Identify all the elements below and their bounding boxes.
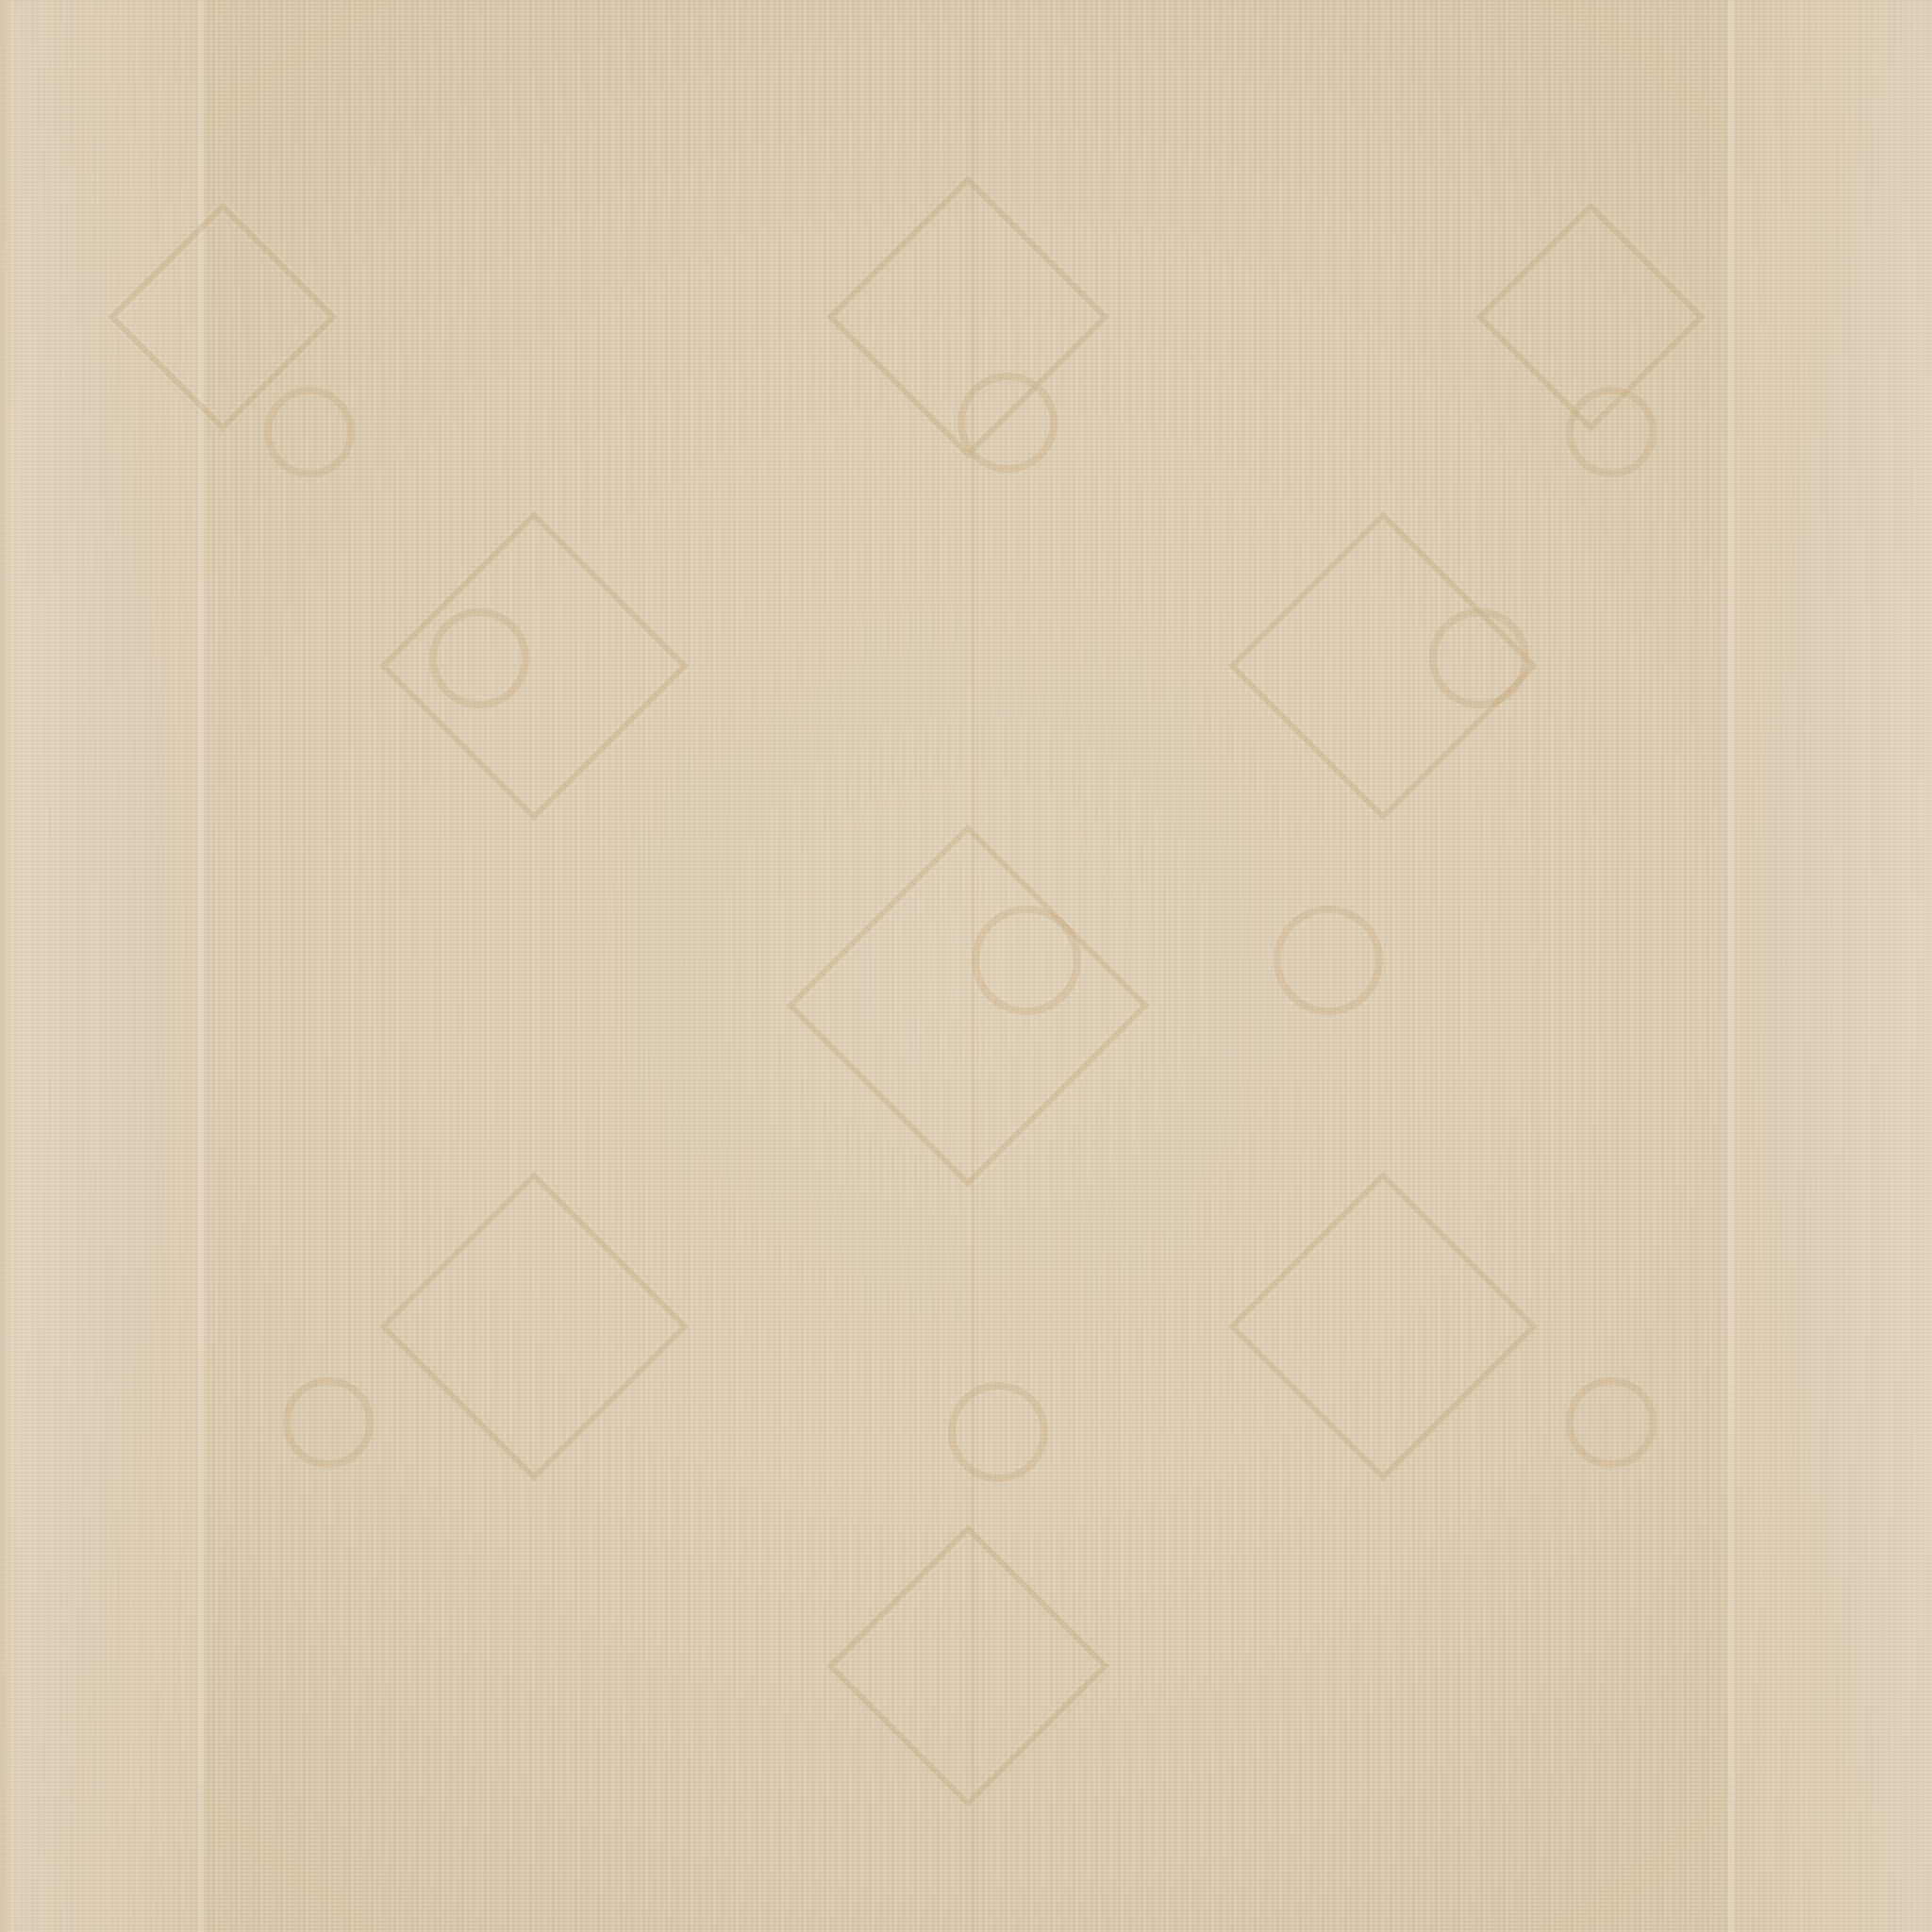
medallion-motif — [429, 608, 529, 708]
diamond-motif — [787, 824, 1150, 1188]
medallion-motif — [1566, 387, 1657, 477]
right-border — [1734, 0, 1932, 1932]
rug-photo — [0, 0, 1932, 1932]
diamond-motif — [1228, 1172, 1538, 1481]
medallion-motif — [1429, 608, 1529, 708]
medallion-motif — [1274, 906, 1383, 1015]
diamond-motif — [379, 511, 689, 821]
medallion-motif — [948, 1382, 1048, 1482]
medallion-motif — [283, 1377, 374, 1468]
diamond-motif — [826, 1524, 1109, 1807]
medallion-motif — [958, 373, 1058, 473]
diamond-motif — [379, 1172, 689, 1481]
right-inner-border-line — [1728, 0, 1734, 1932]
medallion-motif — [264, 387, 355, 477]
medallion-motif — [1566, 1377, 1657, 1468]
medallion-motif — [972, 906, 1081, 1015]
